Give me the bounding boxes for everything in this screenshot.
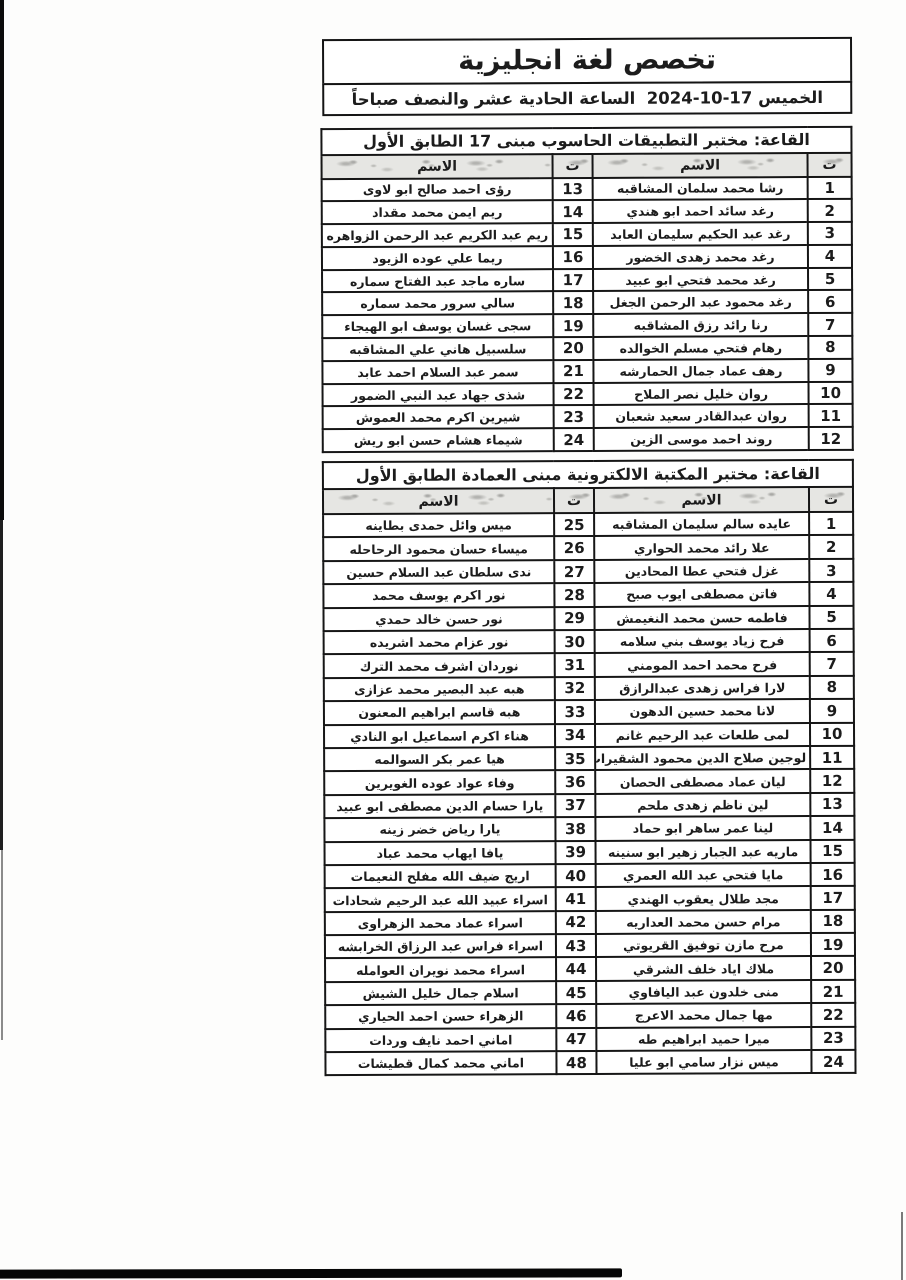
- student-name-cell: لوجين صلاح الدين محمود الشقيرات: [595, 746, 810, 770]
- row-number-cell: 22: [554, 383, 594, 406]
- row-number-cell: 28: [554, 583, 594, 607]
- row-number-cell: 15: [810, 839, 854, 863]
- student-name-cell: رغد محمد زهدى الخضور: [593, 245, 808, 269]
- student-name-cell: مجد طلال يعقوب الهندي: [596, 886, 811, 910]
- student-name-cell: نوردان اشرف محمد الترك: [324, 654, 555, 678]
- table-row: 7رنا رائد رزق المشاقبه19سجى غسان يوسف اب…: [322, 313, 852, 338]
- row-number-cell: 29: [554, 607, 594, 631]
- student-name-cell: يافا ايهاب محمد عباد: [324, 841, 555, 865]
- table-row: 6رغد محمود عبد الرحمن الجغل18سالي سرور م…: [322, 290, 852, 315]
- exam-datetime: الخميس 17-10-2024 الساعة الحادية عشر وال…: [322, 80, 852, 115]
- student-name-cell: شذى جهاد عبد النبي الضمور: [323, 383, 554, 407]
- row-number-cell: 44: [556, 957, 596, 981]
- row-number-cell: 16: [553, 246, 593, 269]
- student-name-cell: سجى غسان يوسف ابو الهيجاء: [322, 314, 553, 338]
- table-row: 5رغد محمد فتحي ابو عبيد17ساره ماجد عبد ا…: [322, 268, 852, 293]
- student-name-cell: منى خلدون عبد اليافاوي: [596, 980, 811, 1004]
- row-number-cell: 4: [809, 582, 853, 606]
- row-number-cell: 15: [553, 223, 593, 246]
- table-row: 12ليان عماد مصطفى الحصان36وفاء عواد عوده…: [324, 769, 854, 795]
- table-row: 8لارا فراس زهدى عبدالرازق32هبه عبد البصي…: [324, 676, 854, 702]
- student-name-cell: اسراء فراس عبد الرزاق الخرابشه: [325, 934, 556, 958]
- student-name-cell: رغد محمد فتحي ابو عبيد: [593, 268, 808, 292]
- student-name-cell: عايده سالم سليمان المشاقبه: [594, 512, 809, 536]
- room-header: القاعة: مختبر التطبيقات الحاسوب مبنى 17 …: [321, 126, 851, 154]
- table-row: 18مرام حسن محمد العداريه42اسراء عماد محم…: [325, 910, 855, 936]
- table-row: 3رغد عبد الحكيم سليمان العابد15ريم عبد ا…: [322, 222, 852, 247]
- row-number-cell: 13: [553, 177, 593, 200]
- column-header-row: ت الاسم ت الاسم: [322, 152, 852, 178]
- row-number-cell: 23: [554, 405, 594, 428]
- column-header-number: ت: [554, 488, 594, 513]
- row-number-cell: 36: [555, 770, 595, 794]
- table-row: 15ماريه عبد الجبار زهير ابو سنينه39يافا …: [324, 839, 854, 865]
- row-number-cell: 20: [553, 337, 593, 360]
- column-header-number: ت: [809, 487, 853, 512]
- row-number-cell: 6: [810, 629, 854, 653]
- row-number-cell: 14: [810, 816, 854, 840]
- table-row: 12روند احمد موسى الزين24شيماء هشام حسن ا…: [323, 427, 853, 452]
- document-title: تخصص لغة انجليزية: [322, 37, 852, 85]
- row-number-cell: 23: [811, 1026, 855, 1050]
- student-name-cell: هبه عبد البصير محمد عزازى: [324, 677, 555, 701]
- student-name-cell: لمى طلعات عبد الرحيم غانم: [595, 723, 810, 747]
- row-number-cell: 47: [556, 1028, 596, 1052]
- row-number-cell: 2: [808, 199, 852, 222]
- student-name-cell: ريم ايمن محمد مقداد: [322, 200, 553, 224]
- table-row: 17مجد طلال يعقوب الهندي41اسراء عبيد الله…: [325, 886, 855, 912]
- row-number-cell: 24: [554, 428, 594, 451]
- column-header-name: الاسم: [593, 153, 808, 178]
- student-name-cell: رغد محمود عبد الرحمن الجغل: [593, 291, 808, 315]
- column-header-row: ت الاسم ت الاسم: [323, 487, 853, 514]
- student-name-cell: ماريه عبد الجبار زهير ابو سنينه: [596, 840, 811, 864]
- row-number-cell: 30: [555, 630, 595, 654]
- student-name-cell: فاتن مصطفى ايوب صبح: [594, 582, 809, 606]
- row-number-cell: 18: [811, 910, 855, 934]
- student-name-cell: رشا محمد سلمان المشاقبه: [593, 177, 808, 201]
- row-number-cell: 12: [809, 427, 853, 450]
- student-name-cell: فرح محمد احمد المومني: [595, 652, 810, 676]
- row-number-cell: 34: [555, 724, 595, 748]
- student-name-cell: ميساء حسان محمود الرحاحله: [323, 537, 554, 561]
- row-number-cell: 37: [555, 794, 595, 818]
- student-name-cell: سمر عبد السلام احمد عابد: [322, 360, 553, 384]
- student-name-cell: اماني احمد نايف وردات: [325, 1028, 556, 1052]
- row-number-cell: 26: [554, 536, 594, 560]
- row-number-cell: 24: [811, 1050, 855, 1074]
- student-name-cell: ملاك اياد خلف الشرقي: [596, 957, 811, 981]
- row-number-cell: 20: [811, 956, 855, 980]
- student-name-cell: سالي سرور محمد سماره: [322, 292, 553, 316]
- student-name-cell: علا رائد محمد الحواري: [594, 535, 809, 559]
- student-name-cell: ندى سلطان عبد السلام حسين: [323, 560, 554, 584]
- table-row: 1رشا محمد سلمان المشاقبه13رؤى احمد صالح …: [322, 176, 852, 201]
- room-header-row: القاعة: مختبر التطبيقات الحاسوب مبنى 17 …: [321, 126, 851, 154]
- table-row: 24ميس نزار سامي ابو عليا48اماني محمد كما…: [325, 1050, 855, 1076]
- row-number-cell: 8: [810, 676, 854, 700]
- student-name-cell: هبه قاسم ابراهيم المعنون: [324, 700, 555, 724]
- row-number-cell: 10: [809, 382, 853, 405]
- student-name-cell: ساره ماجد عبد الفتاح سماره: [322, 269, 553, 293]
- student-name-cell: لينا عمر ساهر ابو حماد: [595, 816, 810, 840]
- row-number-cell: 41: [556, 887, 596, 911]
- student-name-cell: وفاء عواد عوده الغويرين: [324, 771, 555, 795]
- row-number-cell: 6: [808, 290, 852, 313]
- row-number-cell: 7: [810, 652, 854, 676]
- column-header-name: الاسم: [594, 487, 809, 513]
- table-row: 9رهف عماد جمال الحمارشه21سمر عبد السلام …: [322, 359, 852, 384]
- row-number-cell: 7: [808, 313, 852, 336]
- student-name-cell: رهام فتحي مسلم الخوالده: [593, 336, 808, 360]
- student-name-cell: رهف عماد جمال الحمارشه: [593, 359, 808, 383]
- row-number-cell: 8: [808, 336, 852, 359]
- table-row: 22مها جمال محمد الاعرج46الزهراء حسن احمد…: [325, 1003, 855, 1029]
- scan-edge-artifact: [1, 850, 3, 1040]
- row-number-cell: 10: [810, 722, 854, 746]
- table-row: 10لمى طلعات عبد الرحيم غانم34هناء اكرم ا…: [324, 722, 854, 748]
- row-number-cell: 32: [555, 677, 595, 701]
- student-name-cell: لانا محمد حسين الدهون: [595, 699, 810, 723]
- table-row: 11لوجين صلاح الدين محمود الشقيرات35هيا ع…: [324, 746, 854, 772]
- student-name-cell: ليان عماد مصطفى الحصان: [595, 769, 810, 793]
- student-name-cell: رغد عبد الحكيم سليمان العابد: [593, 222, 808, 246]
- table-row: 4رغد محمد زهدى الخضور16ريما علي عوده الز…: [322, 245, 852, 270]
- row-number-cell: 25: [554, 513, 594, 537]
- row-number-cell: 33: [555, 700, 595, 724]
- student-name-cell: يارا حسام الدين مصطفى ابو عبيد: [324, 794, 555, 818]
- row-number-cell: 48: [556, 1051, 596, 1075]
- room-header: القاعة: مختبر المكتبة الالكترونية مبنى ا…: [323, 460, 853, 489]
- student-name-cell: رؤى احمد صالح ابو لاوى: [322, 178, 553, 202]
- student-name-cell: ريما علي عوده الزيود: [322, 246, 553, 270]
- row-number-cell: 38: [555, 817, 595, 841]
- student-name-cell: نور حسن خالد حمدي: [323, 607, 554, 631]
- table-row: 19مرح مازن توفيق القريوتي43اسراء فراس عب…: [325, 933, 855, 959]
- table-row: 13لين ناظم زهدى ملحم37يارا حسام الدين مص…: [324, 793, 854, 819]
- student-name-cell: يارا رياض خضر زينه: [324, 817, 555, 841]
- student-name-cell: اماني محمد كمال قطيشات: [325, 1051, 556, 1075]
- student-name-cell: روان خليل نصر الملاح: [594, 382, 809, 406]
- student-name-cell: شيماء هشام حسن ابو ريش: [323, 428, 554, 452]
- table-row: 23ميرا حميد ابراهيم طه47اماني احمد نايف …: [325, 1026, 855, 1052]
- table-row: 6فرح زياد يوسف بني سلامه30نور عزام محمد …: [324, 629, 854, 655]
- column-header-name: الاسم: [323, 488, 554, 514]
- student-name-cell: مرح مازن توفيق القريوتي: [596, 933, 811, 957]
- row-number-cell: 21: [811, 980, 855, 1004]
- row-number-cell: 11: [809, 404, 853, 427]
- student-name-cell: شيرين اكرم محمد العموش: [323, 406, 554, 430]
- student-name-cell: اسلام جمال خليل الشيش: [325, 981, 556, 1005]
- row-number-cell: 4: [808, 245, 852, 268]
- table-row: 20ملاك اياد خلف الشرقي44اسراء محمد نويرا…: [325, 956, 855, 982]
- row-number-cell: 5: [809, 605, 853, 629]
- row-number-cell: 40: [556, 864, 596, 888]
- student-name-cell: فاطمه حسن محمد النغيمش: [594, 606, 809, 630]
- row-number-cell: 14: [553, 200, 593, 223]
- table-row: 7فرح محمد احمد المومني31نوردان اشرف محمد…: [324, 652, 854, 678]
- student-name-cell: سلسبيل هاني علي المشاقبه: [322, 337, 553, 361]
- table-row: 16مايا فتحي عبد الله العمري40اريج ضيف ال…: [325, 863, 855, 889]
- table-row: 2علا رائد محمد الحواري26ميساء حسان محمود…: [323, 535, 853, 561]
- row-number-cell: 19: [553, 314, 593, 337]
- student-name-cell: اسراء محمد نويران العوامله: [325, 958, 556, 982]
- row-number-cell: 3: [809, 559, 853, 583]
- scan-edge-artifact: [0, 520, 3, 850]
- row-number-cell: 43: [556, 934, 596, 958]
- row-number-cell: 11: [810, 746, 854, 770]
- row-number-cell: 1: [809, 512, 853, 536]
- row-number-cell: 45: [556, 981, 596, 1005]
- student-name-cell: غزل فتحي عطا المحادين: [594, 559, 809, 583]
- room-table-elibrary-lab: القاعة: مختبر المكتبة الالكترونية مبنى ا…: [322, 459, 857, 1077]
- column-header-number: ت: [808, 152, 852, 176]
- student-name-cell: رنا رائد رزق المشاقبه: [593, 313, 808, 337]
- student-name-cell: ميس نزار سامي ابو عليا: [596, 1050, 811, 1074]
- row-number-cell: 17: [811, 886, 855, 910]
- table-row: 14لينا عمر ساهر ابو حماد38يارا رياض خضر …: [324, 816, 854, 842]
- student-name-cell: ميرا حميد ابراهيم طه: [596, 1027, 811, 1051]
- row-number-cell: 42: [556, 911, 596, 935]
- room-table-computer-lab: القاعة: مختبر التطبيقات الحاسوب مبنى 17 …: [320, 125, 853, 453]
- table-row: 10روان خليل نصر الملاح22شذى جهاد عبد الن…: [323, 382, 853, 407]
- table-row: 11روان عبدالقادر سعيد شعبان23شيرين اكرم …: [323, 404, 853, 429]
- row-number-cell: 5: [808, 268, 852, 291]
- column-header-number: ت: [553, 153, 593, 177]
- row-number-cell: 12: [810, 769, 854, 793]
- row-number-cell: 13: [810, 793, 854, 817]
- table-row: 1عايده سالم سليمان المشاقبه25ميس وائل حم…: [323, 512, 853, 538]
- student-name-cell: لين ناظم زهدى ملحم: [595, 793, 810, 817]
- row-number-cell: 27: [554, 560, 594, 584]
- student-name-cell: نور عزام محمد اشريده: [324, 630, 555, 654]
- table-row: 21منى خلدون عبد اليافاوي45اسلام جمال خلي…: [325, 980, 855, 1006]
- scan-edge-artifact: [901, 1212, 903, 1280]
- student-name-cell: اسراء عماد محمد الزهراوى: [325, 911, 556, 935]
- student-name-cell: اسراء عبيد الله عبد الرحيم شحادات: [325, 887, 556, 911]
- student-name-cell: مايا فتحي عبد الله العمري: [596, 863, 811, 887]
- row-number-cell: 19: [811, 933, 855, 957]
- table-row: 3غزل فتحي عطا المحادين27ندى سلطان عبد ال…: [323, 559, 853, 585]
- row-number-cell: 1: [808, 176, 852, 199]
- row-number-cell: 9: [810, 699, 854, 723]
- row-number-cell: 18: [553, 291, 593, 314]
- student-name-cell: ريم عبد الكريم عبد الرحمن الزواهره: [322, 223, 553, 247]
- student-name-cell: رغد سائد احمد ابو هندي: [593, 199, 808, 223]
- student-name-cell: لارا فراس زهدى عبدالرازق: [595, 676, 810, 700]
- row-number-cell: 35: [555, 747, 595, 771]
- row-number-cell: 2: [809, 535, 853, 559]
- scan-edge-artifact: [0, 1268, 622, 1278]
- table-row: 9لانا محمد حسين الدهون33هبه قاسم ابراهيم…: [324, 699, 854, 725]
- table-row: 4فاتن مصطفى ايوب صبح28نور اكرم يوسف محمد: [323, 582, 853, 608]
- row-number-cell: 3: [808, 222, 852, 245]
- student-name-cell: هناء اكرم اسماعيل ابو النادي: [324, 724, 555, 748]
- row-number-cell: 22: [811, 1003, 855, 1027]
- student-name-cell: اريج ضيف الله مفلح النعيمات: [325, 864, 556, 888]
- column-header-name: الاسم: [322, 154, 553, 179]
- student-name-cell: مرام حسن محمد العداريه: [596, 910, 811, 934]
- row-number-cell: 9: [808, 359, 852, 382]
- student-name-cell: فرح زياد يوسف بني سلامه: [595, 629, 810, 653]
- row-number-cell: 21: [553, 360, 593, 383]
- scanned-document-page: { "colors": { "ink": "#1c1c1c", "paper":…: [0, 0, 906, 1280]
- student-name-cell: روان عبدالقادر سعيد شعبان: [594, 405, 809, 429]
- row-number-cell: 46: [556, 1004, 596, 1028]
- table-row: 8رهام فتحي مسلم الخوالده20سلسبيل هاني عل…: [322, 336, 852, 361]
- row-number-cell: 39: [556, 841, 596, 865]
- student-name-cell: الزهراء حسن احمد الحياري: [325, 1004, 556, 1028]
- table-row: 5فاطمه حسن محمد النغيمش29نور حسن خالد حم…: [323, 605, 853, 631]
- row-number-cell: 16: [811, 863, 855, 887]
- student-name-cell: مها جمال محمد الاعرج: [596, 1003, 811, 1027]
- table-row: 2رغد سائد احمد ابو هندي14ريم ايمن محمد م…: [322, 199, 852, 224]
- document: تخصص لغة انجليزية الخميس 17-10-2024 السا…: [322, 37, 857, 1077]
- row-number-cell: 31: [555, 653, 595, 677]
- student-name-cell: هيا عمر بكر السوالمه: [324, 747, 555, 771]
- student-name-cell: روند احمد موسى الزين: [594, 427, 809, 451]
- student-name-cell: نور اكرم يوسف محمد: [323, 583, 554, 607]
- scan-edge-artifact: [0, 0, 4, 520]
- row-number-cell: 17: [553, 269, 593, 292]
- student-name-cell: ميس وائل حمدى بطاينه: [323, 513, 554, 537]
- room-header-row: القاعة: مختبر المكتبة الالكترونية مبنى ا…: [323, 460, 853, 489]
